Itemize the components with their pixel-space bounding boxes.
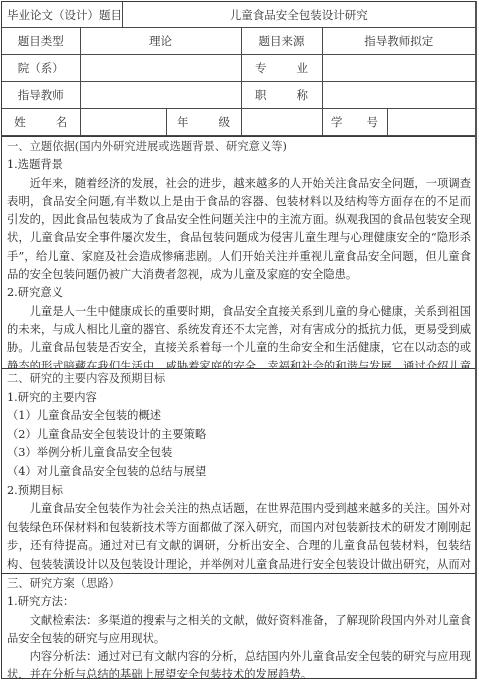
job-title-label-char-1: 职 [255,88,267,102]
job-title-label: 职称 [241,82,322,109]
major-label-char-1: 专 [255,61,267,75]
topic-type-label: 题目类型 [2,28,80,55]
section-research-plan-heading: 三、研究方案（思路） [7,575,471,593]
expected-goals-paragraph: 儿童食品安全包装作为社会关注的热点话题，在世界范围内受到越来越多的关注。国外对包… [7,500,471,573]
grade-label-char-2: 级 [219,115,231,129]
thesis-title-label: 毕业论文（设计）题目 [2,2,122,28]
section-content-goals: 二、研究的主要内容及预期目标 1.研究的主要内容 （1）儿童食品安全包装的概述 … [2,368,475,573]
student-id-value [387,109,475,136]
significance-paragraph: 儿童是人一生中健康成长的重要时期，食品安全直接关系到儿童的身心健康，关系到祖国的… [7,303,471,368]
grade-label-char-1: 年 [177,115,189,129]
job-title-value [322,82,475,109]
topic-type-value: 理论 [80,28,241,55]
id-label-char-2: 号 [367,115,379,129]
major-label: 专业 [241,55,322,82]
grade-value [241,109,322,136]
main-content-heading: 1.研究的主要内容 [7,389,471,408]
proposal-form: 毕业论文（设计）题目 儿童食品安全包装设计研究 题目类型 理论 题目来源 指导教… [1,1,477,679]
topic-source-label: 题目来源 [241,28,322,55]
significance-heading: 2.研究意义 [7,284,471,302]
method-literature-search: 文献检索法：多渠道的搜索与之相关的文献，做好资料准备，了解现阶段国内外对儿童食品… [7,612,471,649]
header-info-table: 毕业论文（设计）题目 儿童食品安全包装设计研究 题目类型 理论 题目来源 指导教… [2,2,475,136]
section-rationale-heading: 一、立题依据(国内外研究进展或选题背景、研究意义等) [7,138,471,156]
section-content-goals-heading: 二、研究的主要内容及预期目标 [7,370,471,389]
advisor-row: 指导教师 职称 [2,82,475,109]
student-id-label: 学号 [322,109,387,136]
topic-type-row: 题目类型 理论 题目来源 指导教师拟定 [2,28,475,55]
background-paragraph: 近年来，随着经济的发展，社会的进步，越来越多的人开始关注食品安全问题，一项调查表… [7,175,471,285]
content-item-1: （1）儿童食品安全包装的概述 [7,407,471,426]
background-heading: 1.选题背景 [7,156,471,174]
content-item-3: （3）举例分析儿童食品安全包装 [7,444,471,463]
advisor-label: 指导教师 [2,82,80,109]
job-title-label-char-2: 称 [297,88,309,102]
topic-source-value: 指导教师拟定 [322,28,475,55]
student-name-value [80,109,166,136]
content-item-4: （4）对儿童食品安全包装的总结与展望 [7,463,471,482]
expected-goals-heading: 2.预期目标 [7,482,471,501]
major-label-char-2: 业 [297,61,309,75]
section-research-plan: 三、研究方案（思路） 1.研究方法： 文献检索法：多渠道的搜索与之相关的文献，做… [2,573,475,678]
department-label: 院（系） [2,55,80,82]
method-content-analysis: 内容分析法：通过对已有文献内容的分析，总结国内外儿童食品安全包装的研究与应用现状… [7,648,471,678]
department-row: 院（系） 专业 [2,55,475,82]
grade-label: 年级 [166,109,241,136]
department-value [80,55,241,82]
name-label-char-1: 姓 [14,115,26,129]
content-item-2: （2）儿童食品安全包装设计的主要策略 [7,426,471,445]
thesis-title-value: 儿童食品安全包装设计研究 [122,2,475,28]
major-value [322,55,475,82]
thesis-title-row: 毕业论文（设计）题目 儿童食品安全包装设计研究 [2,2,475,28]
student-row: 姓名 年级 学号 [2,109,475,136]
advisor-value [80,82,241,109]
research-methods-heading: 1.研究方法： [7,593,471,611]
section-rationale: 一、立题依据(国内外研究进展或选题背景、研究意义等) 1.选题背景 近年来，随着… [2,136,475,368]
name-label-char-2: 名 [56,115,68,129]
id-label-char-1: 学 [331,115,343,129]
student-name-label: 姓名 [2,109,80,136]
